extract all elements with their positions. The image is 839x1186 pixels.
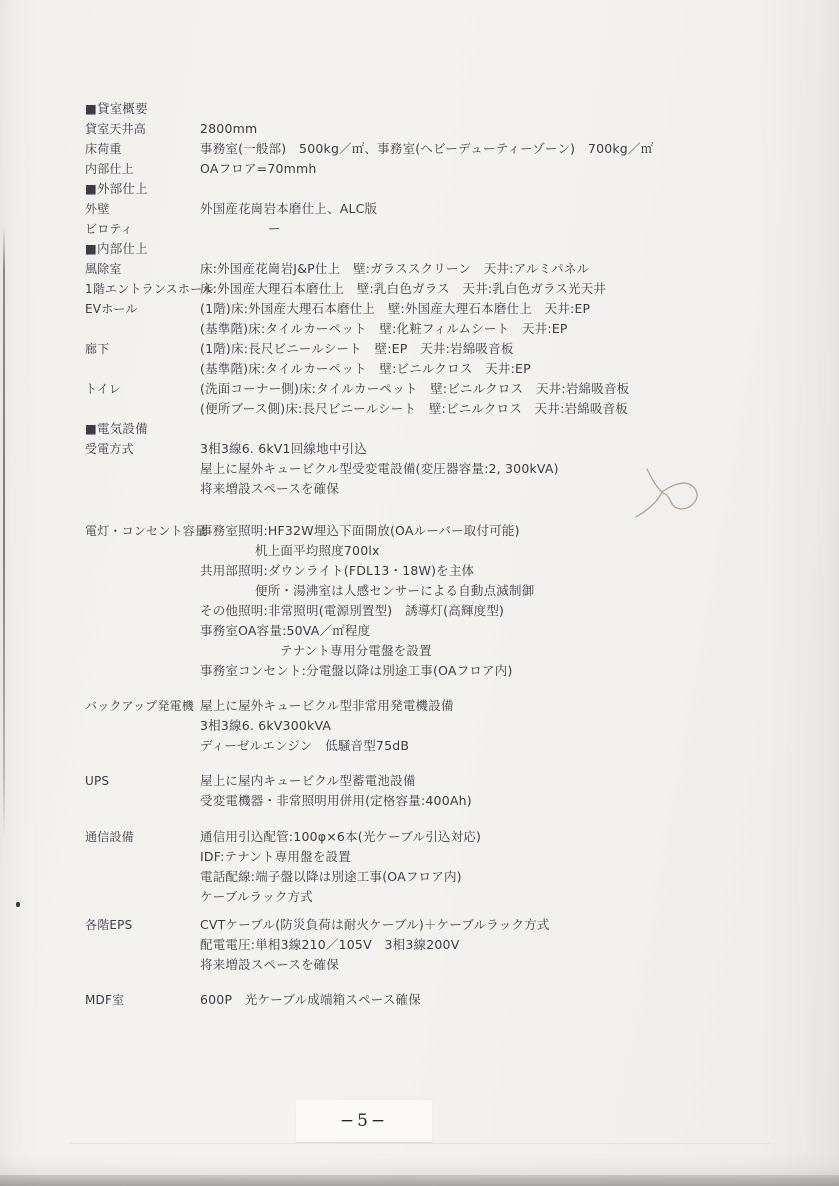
value-line: CVTケーブル(防災負荷は耐火ケーブル)＋ケーブルラック方式 (200, 915, 819, 935)
spec-rows: ■貸室概要貸室天井高2800mm床荷重事務室(一般部) 500kg／㎡、事務室(… (85, 99, 819, 1010)
row-label: バックアップ発電機 (85, 696, 200, 716)
row-values: 外国産花崗岩本磨仕上、ALC版 (200, 199, 819, 219)
spec-row: 貸室天井高2800mm (85, 119, 819, 139)
row-values: 事務室(一般部) 500kg／㎡、事務室(ヘビーデューティーゾーン) 700kg… (200, 139, 819, 159)
row-label: UPS (85, 771, 200, 791)
value-line: テナント専用分電盤を設置 (200, 641, 819, 661)
page-number: −5− (296, 1100, 432, 1142)
spec-row: 廊下(1階)床:長尺ビニールシート 壁:EP 天井:岩綿吸音板(基準階)床:タイ… (85, 339, 819, 379)
row-label: 1階エントランスホール (85, 279, 200, 299)
spec-row: 内部仕上OAフロア=70mmh (85, 159, 819, 179)
section-header: ■外部仕上 (85, 179, 819, 199)
spec-row: 外壁外国産花崗岩本磨仕上、ALC版 (85, 199, 819, 219)
value-line: 床:外国産大理石本磨仕上 壁:乳白色ガラス 天井:乳白色ガラス光天井 (200, 279, 819, 299)
row-values: (1階)床:外国産大理石本磨仕上 壁:外国産大理石本磨仕上 天井:EP(基準階)… (200, 299, 819, 339)
value-line: OAフロア=70mmh (200, 159, 819, 179)
value-line: 電話配線:端子盤以降は別途工事(OAフロア内) (200, 867, 819, 887)
section-header: ■貸室概要 (85, 99, 819, 119)
spec-row: ビロティー (85, 219, 819, 239)
row-label: 外壁 (85, 199, 200, 219)
row-values: 屋上に屋外キュービクル型非常用発電機設備3相3線6. 6kV300kVAディーゼ… (200, 696, 819, 756)
value-line: 2800mm (200, 119, 819, 139)
value-line: ー (200, 219, 819, 239)
scanned-document-page: ■貸室概要貸室天井高2800mm床荷重事務室(一般部) 500kg／㎡、事務室(… (0, 0, 839, 1186)
row-values: OAフロア=70mmh (200, 159, 819, 179)
row-label: 通信設備 (85, 827, 200, 847)
value-line: その他照明:非常照明(電源別置型) 誘導灯(高輝度型) (200, 601, 819, 621)
row-label: 廊下 (85, 339, 200, 359)
row-label: 風除室 (85, 259, 200, 279)
value-line: (便所ブース側)床:長尺ビニールシート 壁:ビニルクロス 天井:岩綿吸音板 (200, 399, 819, 419)
spec-row: 風除室床:外国産花崗岩J&P仕上 壁:ガラススクリーン 天井:アルミパネル (85, 259, 819, 279)
spec-row: 電灯・コンセント容量事務室照明:HF32W埋込下面開放(OAルーバー取付可能)机… (85, 521, 819, 681)
row-label: 床荷重 (85, 139, 200, 159)
spec-row: バックアップ発電機屋上に屋外キュービクル型非常用発電機設備3相3線6. 6kV3… (85, 696, 819, 756)
value-line: 事務室コンセント:分電盤以降は別途工事(OAフロア内) (200, 661, 819, 681)
value-line: ディーゼルエンジン 低騒音型75dB (200, 736, 819, 756)
value-line: 屋上に屋内キュービクル型蓄電池設備 (200, 771, 819, 791)
row-label: トイレ (85, 379, 200, 399)
row-label: 電灯・コンセント容量 (85, 521, 200, 541)
value-line: (洗面コーナー側)床:タイルカーペット 壁:ビニルクロス 天井:岩綿吸音板 (200, 379, 819, 399)
spec-row: 床荷重事務室(一般部) 500kg／㎡、事務室(ヘビーデューティーゾーン) 70… (85, 139, 819, 159)
spec-row: 各階EPSCVTケーブル(防災負荷は耐火ケーブル)＋ケーブルラック方式配電電圧:… (85, 915, 819, 975)
pen-scribble-mark (628, 460, 712, 526)
value-line: 将来増設スペースを確保 (200, 479, 819, 499)
value-line: 配電電圧:単相3線210／105V 3相3線200V (200, 935, 819, 955)
row-label: ビロティ (85, 219, 200, 239)
value-line: 床:外国産花崗岩J&P仕上 壁:ガラススクリーン 天井:アルミパネル (200, 259, 819, 279)
value-line: (1階)床:長尺ビニールシート 壁:EP 天井:岩綿吸音板 (200, 339, 819, 359)
section-title: ■貸室概要 (85, 99, 148, 119)
value-line: 屋上に屋外キュービクル型受変電設備(変圧器容量:2, 300kVA) (200, 459, 819, 479)
value-line: 3相3線6. 6kV1回線地中引込 (200, 439, 819, 459)
row-values: ー (200, 219, 819, 239)
value-line: 通信用引込配管:100φ×6本(光ケーブル引込対応) (200, 827, 819, 847)
value-line: 600P 光ケーブル成端箱スペース確保 (200, 990, 819, 1010)
section-title: ■外部仕上 (85, 179, 148, 199)
section-title: ■内部仕上 (85, 239, 148, 259)
row-label: 受電方式 (85, 439, 200, 459)
row-values: (洗面コーナー側)床:タイルカーペット 壁:ビニルクロス 天井:岩綿吸音板(便所… (200, 379, 819, 419)
row-values: 2800mm (200, 119, 819, 139)
spec-row: 1階エントランスホール床:外国産大理石本磨仕上 壁:乳白色ガラス 天井:乳白色ガ… (85, 279, 819, 299)
value-line: 3相3線6. 6kV300kVA (200, 716, 819, 736)
row-values: (1階)床:長尺ビニールシート 壁:EP 天井:岩綿吸音板(基準階)床:タイルカ… (200, 339, 819, 379)
row-values: 事務室照明:HF32W埋込下面開放(OAルーバー取付可能)机上面平均照度700l… (200, 521, 819, 681)
row-label: 各階EPS (85, 915, 200, 935)
value-line: 机上面平均照度700lx (200, 541, 819, 561)
value-line: (基準階)床:タイルカーペット 壁:ビニルクロス 天井:EP (200, 359, 819, 379)
row-values: 床:外国産大理石本磨仕上 壁:乳白色ガラス 天井:乳白色ガラス光天井 (200, 279, 819, 299)
row-label: 貸室天井高 (85, 119, 200, 139)
value-line: 将来増設スペースを確保 (200, 955, 819, 975)
row-label: EVホール (85, 299, 200, 319)
page-number-patch: −5− (296, 1100, 432, 1142)
value-line: IDF:テナント専用盤を設置 (200, 847, 819, 867)
value-line: (1階)床:外国産大理石本磨仕上 壁:外国産大理石本磨仕上 天井:EP (200, 299, 819, 319)
spec-row: EVホール(1階)床:外国産大理石本磨仕上 壁:外国産大理石本磨仕上 天井:EP… (85, 299, 819, 339)
value-line: 共用部照明:ダウンライト(FDL13・18W)を主体 (200, 561, 819, 581)
row-values: 通信用引込配管:100φ×6本(光ケーブル引込対応)IDF:テナント専用盤を設置… (200, 827, 819, 907)
row-values: 3相3線6. 6kV1回線地中引込屋上に屋外キュービクル型受変電設備(変圧器容量… (200, 439, 819, 499)
value-line: 受変電機器・非常照明用併用(定格容量:400Ah) (200, 791, 819, 811)
section-header: ■電気設備 (85, 419, 819, 439)
row-values: CVTケーブル(防災負荷は耐火ケーブル)＋ケーブルラック方式配電電圧:単相3線2… (200, 915, 819, 975)
row-values: 600P 光ケーブル成端箱スペース確保 (200, 990, 819, 1010)
spec-row: トイレ(洗面コーナー側)床:タイルカーペット 壁:ビニルクロス 天井:岩綿吸音板… (85, 379, 819, 419)
spec-row: MDF室600P 光ケーブル成端箱スペース確保 (85, 990, 819, 1010)
row-label: MDF室 (85, 990, 200, 1010)
row-values: 床:外国産花崗岩J&P仕上 壁:ガラススクリーン 天井:アルミパネル (200, 259, 819, 279)
paper-crease (70, 1143, 770, 1144)
ink-speck-artifact (16, 902, 20, 907)
value-line: 事務室(一般部) 500kg／㎡、事務室(ヘビーデューティーゾーン) 700kg… (200, 139, 819, 159)
section-header: ■内部仕上 (85, 239, 819, 259)
value-line: (基準階)床:タイルカーペット 壁:化粧フィルムシート 天井:EP (200, 319, 819, 339)
value-line: 便所・湯沸室は人感センサーによる自動点滅制御 (200, 581, 819, 601)
section-title: ■電気設備 (85, 419, 148, 439)
value-line: 屋上に屋外キュービクル型非常用発電機設備 (200, 696, 819, 716)
row-label: 内部仕上 (85, 159, 200, 179)
scan-edge-artifact (3, 228, 5, 836)
scan-bottom-edge (0, 1175, 839, 1186)
value-line: 事務室OA容量:50VA／㎡程度 (200, 621, 819, 641)
value-line: ケーブルラック方式 (200, 887, 819, 907)
value-line: 外国産花崗岩本磨仕上、ALC版 (200, 199, 819, 219)
row-values: 屋上に屋内キュービクル型蓄電池設備受変電機器・非常照明用併用(定格容量:400A… (200, 771, 819, 811)
value-line: 事務室照明:HF32W埋込下面開放(OAルーバー取付可能) (200, 521, 819, 541)
spec-row: UPS屋上に屋内キュービクル型蓄電池設備受変電機器・非常照明用併用(定格容量:4… (85, 771, 819, 811)
spec-row: 通信設備通信用引込配管:100φ×6本(光ケーブル引込対応)IDF:テナント専用… (85, 827, 819, 907)
